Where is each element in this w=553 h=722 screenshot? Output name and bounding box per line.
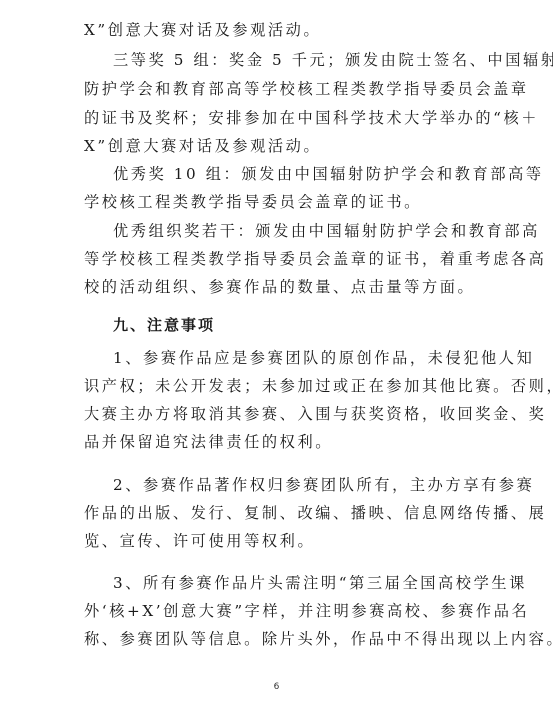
text-line: X”创意大赛对话及参观活动。 [84,20,474,40]
award-excellence-line: 优秀奖 10 组：颁发由中国辐射防护学会和教育部高等 [113,164,473,184]
text-line: X”创意大赛对话及参观活动。 [84,136,474,156]
note-2-line: 2、参赛作品著作权归参赛团队所有，主办方享有参赛 [113,475,473,495]
award-third-prize-line: 三等奖 5 组：奖金 5 千元；颁发由院士签名、中国辐射 [113,50,473,70]
text-line: 防护学会和教育部高等学校核工程类教学指导委员会盖章 [84,79,474,99]
text-line: 大赛主办方将取消其参赛、入围与获奖资格，收回奖金、奖 [84,404,474,424]
note-1-line: 1、参赛作品应是参赛团队的原创作品，未侵犯他人知 [113,348,473,368]
note-3-line: 3、所有参赛作品片头需注明“第三届全国高校学生课 [113,573,473,593]
text-line: 识产权；未公开发表；未参加过或正在参加其他比赛。否则， [84,376,474,396]
text-line: 品并保留追究法律责任的权利。 [84,432,474,452]
page-number: 6 [0,682,553,692]
text-line: 作品的出版、发行、复制、改编、播映、信息网络传播、展 [84,503,474,523]
document-page: X”创意大赛对话及参观活动。 三等奖 5 组：奖金 5 千元；颁发由院士签名、中… [0,0,553,722]
text-line: 的证书及奖杯；安排参加在中国科学技术大学举办的“核＋ [84,108,474,128]
text-line: 称、参赛团队等信息。除片头外，作品中不得出现以上内容。 [84,629,474,649]
award-organization-line: 优秀组织奖若干：颁发由中国辐射防护学会和教育部高 [113,221,473,241]
text-line: 览、宣传、许可使用等权利。 [84,531,474,551]
text-line: 等学校核工程类教学指导委员会盖章的证书，着重考虑各高 [84,249,474,269]
text-line: 校的活动组织、参赛作品的数量、点击量等方面。 [84,277,474,297]
text-line: 学校核工程类教学指导委员会盖章的证书。 [84,192,474,212]
section-heading-notes: 九、注意事项 [113,315,473,335]
text-line: 外‘核+X’创意大赛”字样，并注明参赛高校、参赛作品名 [84,601,474,621]
